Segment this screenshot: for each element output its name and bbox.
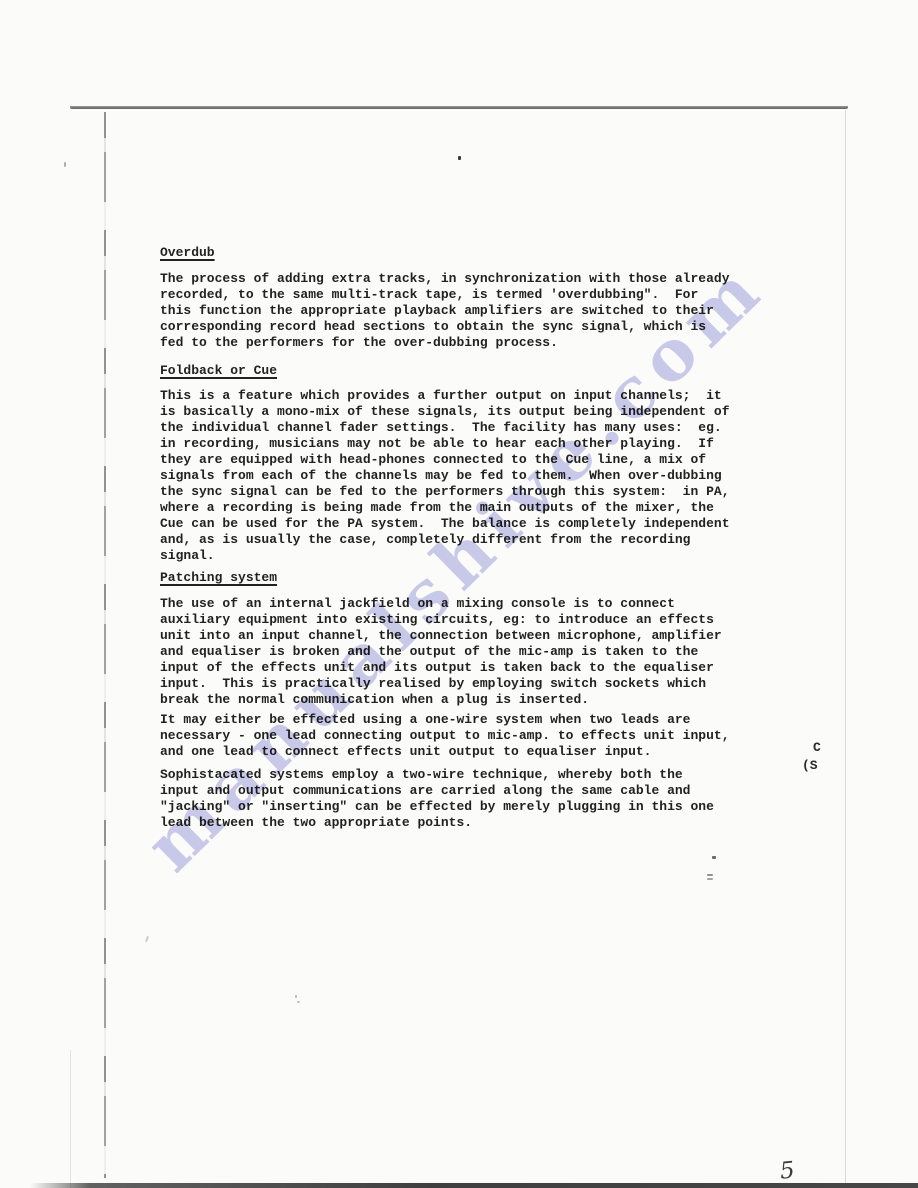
ink-speck [297,1001,300,1003]
paragraph-patching-3: Sophistacated systems employ a two-wire … [160,767,760,831]
ink-speck [64,162,66,167]
ink-speck [295,995,297,998]
paragraph-foldback: This is a feature which provides a furth… [160,388,760,564]
ink-speck [712,856,716,859]
ink-speck [707,878,713,880]
scan-left-margin-line [104,112,106,1178]
ink-speck [145,936,149,942]
paragraph-patching-1: The use of an internal jackfield on a mi… [160,596,760,708]
paragraph-overdub: The process of adding extra tracks, in s… [160,271,760,351]
paragraph-patching-2: It may either be effected using a one-wi… [160,712,760,760]
heading-foldback-or-cue: Foldback or Cue [160,363,277,379]
scan-right-margin-line [845,110,846,1188]
margin-note-line2: (S [802,758,818,774]
scan-left-faint-line [70,1050,71,1188]
margin-note-line1: C [813,740,821,756]
heading-overdub: Overdub [160,245,215,261]
scanned-document-page: Overdub The process of adding extra trac… [0,0,918,1188]
scan-top-rule [70,106,848,109]
heading-patching-system: Patching system [160,570,277,586]
ink-speck [707,874,713,876]
handwritten-page-number: 5 [779,1157,796,1184]
ink-speck [458,156,461,160]
